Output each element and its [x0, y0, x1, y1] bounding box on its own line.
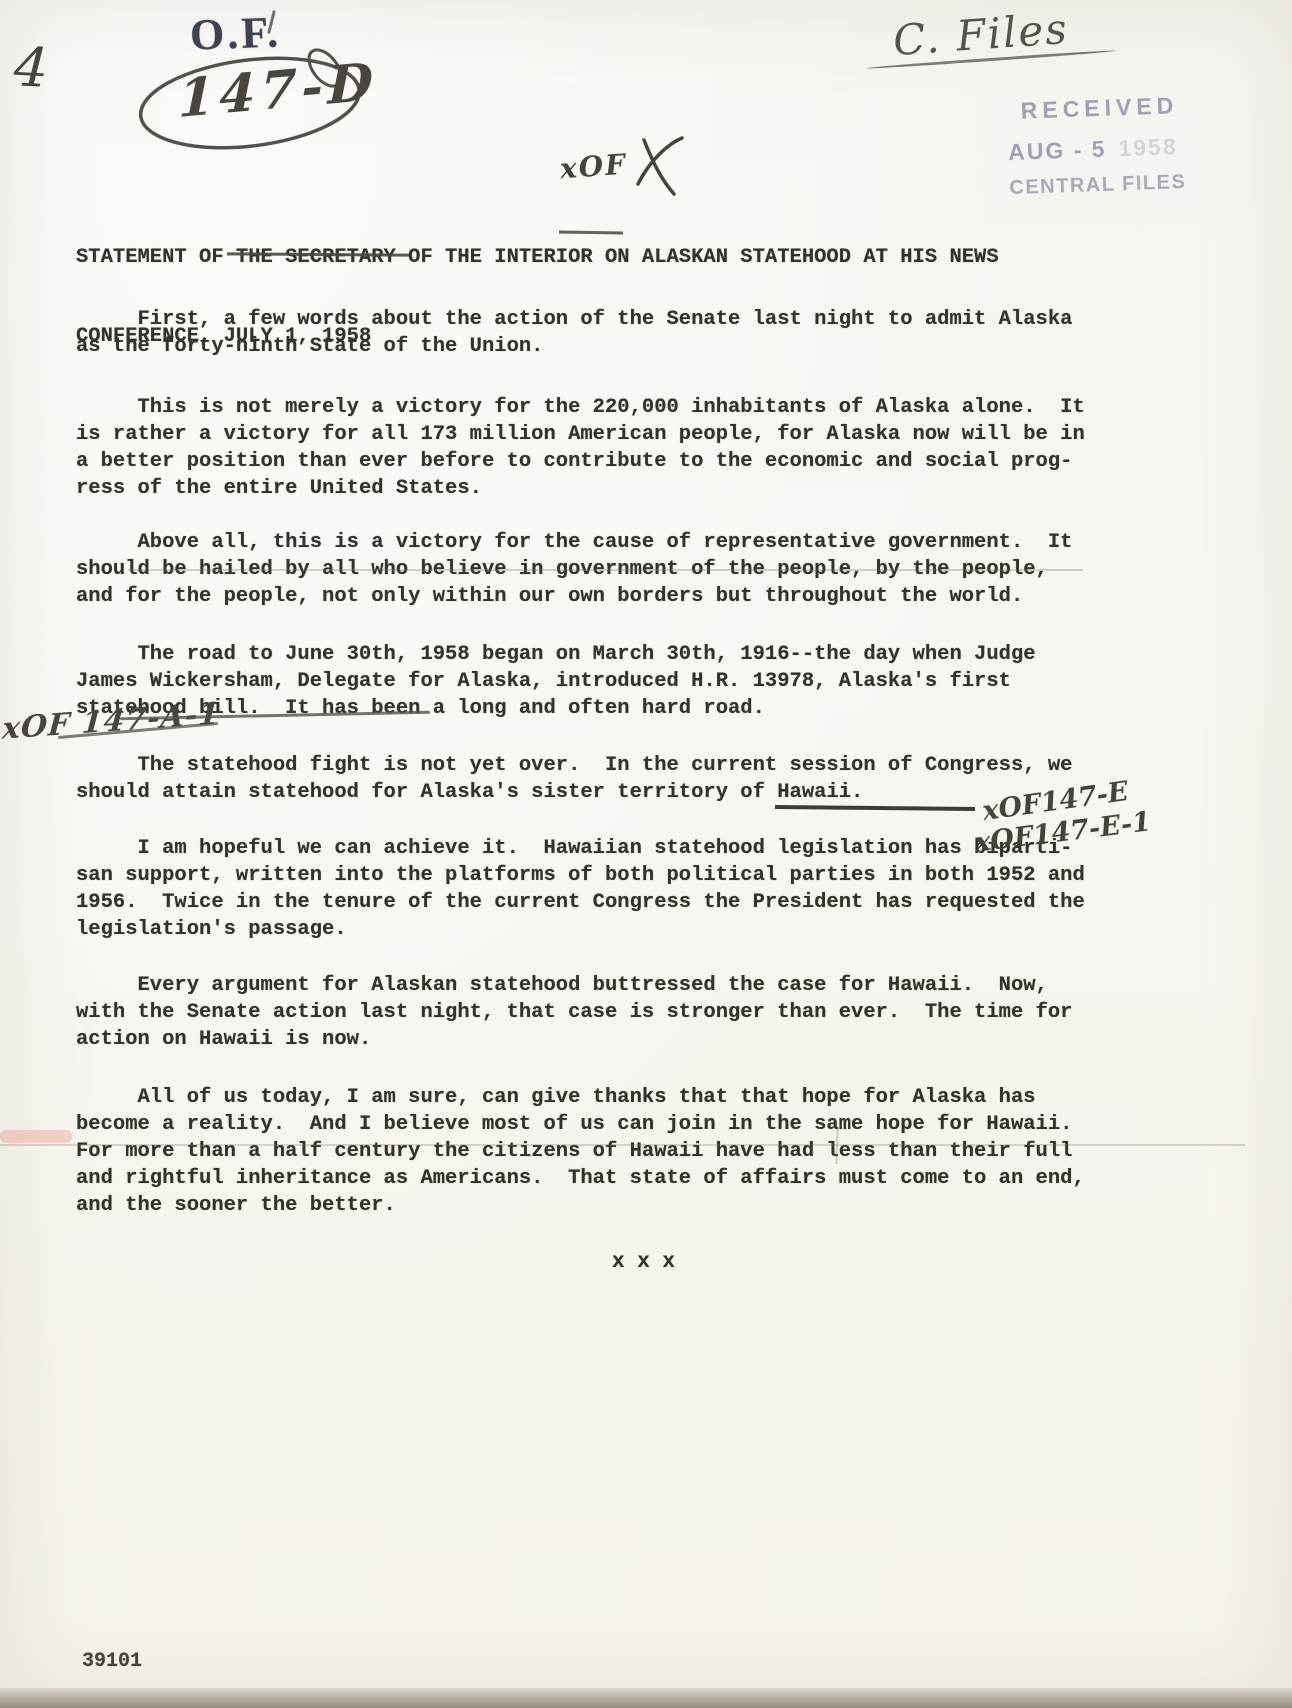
- end-mark: x x x: [612, 1249, 675, 1276]
- paragraph-6: I am hopeful we can achieve it. Hawaiian…: [76, 835, 1085, 943]
- handwritten-page-number: 4: [12, 35, 50, 100]
- received-stamp-date-year: 1958: [1118, 133, 1178, 161]
- paragraph-1: First, a few words about the action of t…: [76, 306, 1072, 360]
- paragraph-5: The statehood fight is not yet over. In …: [76, 752, 1072, 806]
- hawaii-underline: [775, 805, 975, 811]
- received-stamp: RECEIVED AUG - 51958 CENTRAL FILES: [1006, 90, 1249, 200]
- handwritten-xof-note: xOF: [559, 148, 628, 186]
- paragraph-7: Every argument for Alaskan statehood but…: [76, 972, 1072, 1053]
- document-title: STATEMENT OF THE SECRETARY OF THE INTERI…: [76, 192, 999, 403]
- received-stamp-line3: CENTRAL FILES: [1009, 169, 1250, 200]
- document-title-line1: STATEMENT OF THE SECRETARY OF THE INTERI…: [76, 246, 999, 271]
- paragraph-2: This is not merely a victory for the 220…: [76, 394, 1085, 502]
- document-page: 4 O.F. 147-D C. Files RECEIVED AUG - 519…: [0, 0, 1292, 1708]
- scan-fold-line-2: [0, 1144, 1245, 1146]
- handwritten-check-mark: [628, 134, 690, 198]
- scan-fold-line-1: [128, 569, 1083, 571]
- received-stamp-line1: RECEIVED: [1020, 90, 1247, 125]
- received-stamp-date: AUG - 51958: [1008, 131, 1249, 166]
- scan-pink-mark: [0, 1130, 72, 1143]
- handwritten-margin-note-left: xOF 147-A-1: [1, 696, 221, 746]
- paragraph-8: All of us today, I am sure, can give tha…: [76, 1084, 1085, 1219]
- scan-edge-band: [0, 1688, 1292, 1708]
- document-number: 39101: [82, 1648, 142, 1675]
- received-stamp-date-day: AUG - 5: [1008, 136, 1107, 165]
